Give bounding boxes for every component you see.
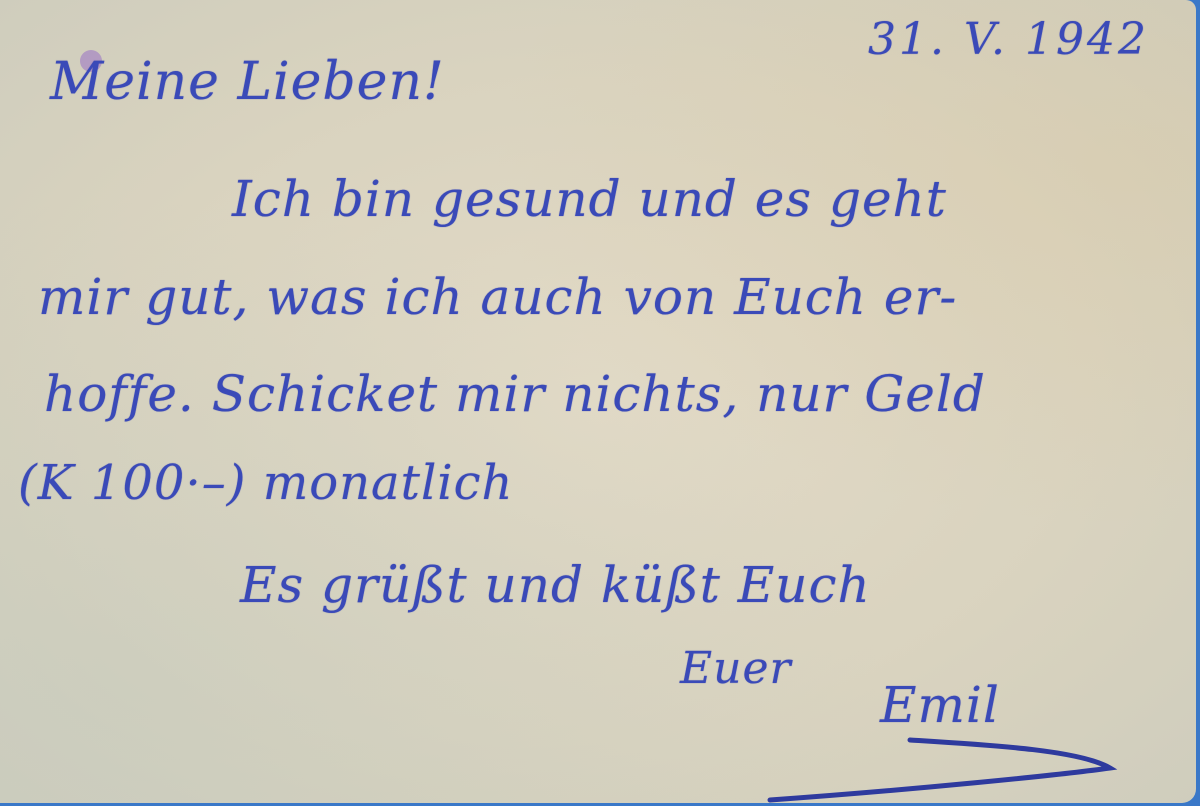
body-line-4: (K 100·–) monatlich: [18, 455, 513, 511]
closing-line: Es grüßt und küßt Euch: [240, 556, 871, 614]
body-line-1: Ich bin gesund und es geht: [232, 170, 947, 228]
body-line-2: mir gut, was ich auch von Euch er-: [38, 268, 957, 326]
signature-flourish-icon: [760, 700, 1120, 806]
body-line-3: hoffe. Schicket mir nichts, nur Geld: [44, 365, 986, 423]
letter-date: 31. V. 1942: [868, 14, 1149, 65]
greeting: Meine Lieben!: [50, 52, 445, 112]
postcard: 31. V. 1942 Meine Lieben! Ich bin gesund…: [0, 0, 1196, 803]
valediction: Euer: [680, 643, 792, 694]
